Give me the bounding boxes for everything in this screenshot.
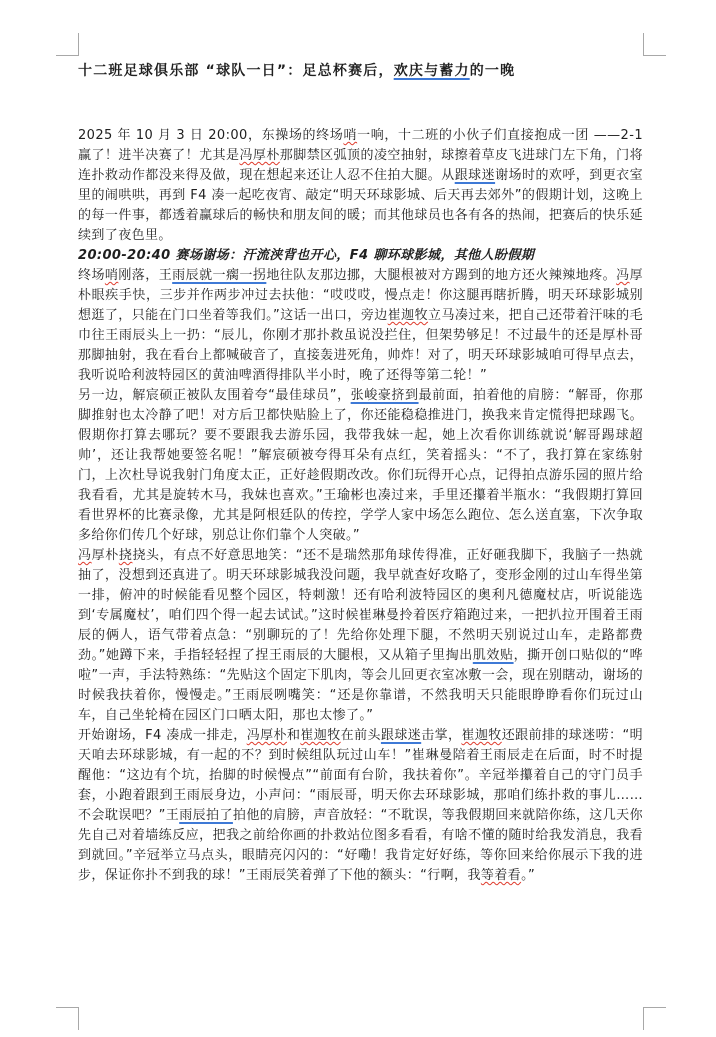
paragraph: 开始谢场，F4 凑成一排走，冯厚朴和崔迦牧在前头跟球迷击掌，崔迦牧还跟前排的球迷… bbox=[78, 726, 643, 886]
section-heading: 20:00-20:40 赛场谢场：汗流浃背也开心，F4 聊环球影城，其他人盼假期 bbox=[78, 246, 643, 266]
text-run: 和 bbox=[287, 728, 300, 743]
text-run: 开始谢场，F4 凑成一排走， bbox=[78, 728, 247, 743]
underlined-link-text[interactable]: 跟球迷 bbox=[455, 168, 495, 183]
spellcheck-flagged-text: 崔迦牧 bbox=[300, 728, 340, 743]
underlined-link-text[interactable]: 张峻豪挤到 bbox=[351, 388, 419, 403]
spellcheck-flagged-text: 哨 bbox=[343, 128, 357, 143]
paragraph: 另一边，解宸硕正被队友围着夸“最佳球员”，张峻豪挤到最前面，拍着他的肩膀：“解哥… bbox=[78, 386, 643, 546]
spellcheck-flagged-text: 等着看 bbox=[481, 868, 521, 883]
text-run: 击掌， bbox=[421, 728, 461, 743]
text-run: 终场 bbox=[78, 268, 105, 283]
text-run: 厚朴 bbox=[92, 548, 119, 563]
underlined-link-text[interactable]: 欢庆与蓄力 bbox=[394, 63, 470, 79]
margin-crop-mark-top-right bbox=[643, 33, 666, 56]
text-run: 刚落，王 bbox=[118, 268, 172, 283]
text-run: 在前头 bbox=[341, 728, 381, 743]
spellcheck-flagged-text: 冯厚朴 bbox=[247, 728, 287, 743]
text-run: 地往队友那边挪，大腿根被对方踢到的地方还火辣辣地疼。 bbox=[266, 268, 616, 283]
paragraph: 2025 年 10 月 3 日 20:00，东操场的终场哨一响，十二班的小伙子们… bbox=[78, 126, 643, 246]
spellcheck-flagged-text: 崔迦牧 bbox=[461, 728, 501, 743]
text-run: 。” bbox=[521, 868, 535, 883]
spellcheck-flagged-text: 冯厚朴 bbox=[239, 148, 279, 163]
underlined-link-text[interactable]: 雨辰就一瘸一拐 bbox=[172, 268, 266, 283]
document-title: 十二班足球俱乐部 “球队一日”：足总杯赛后，欢庆与蓄力的一晚 bbox=[78, 61, 643, 82]
underlined-link-text[interactable]: 肌效贴 bbox=[473, 648, 514, 663]
paragraph: 终场哨刚落，王雨辰就一瘸一拐地往队友那边挪，大腿根被对方踢到的地方还火辣辣地疼。… bbox=[78, 266, 643, 386]
underlined-link-text[interactable]: 跟球迷 bbox=[381, 728, 421, 743]
text-run: 最前面，拍着他的肩膀：“解哥，你那脚推射也太冷静了吧！对方后卫都快贴脸上了，你还… bbox=[78, 388, 643, 543]
underlined-link-text[interactable]: 雨辰拍了 bbox=[179, 808, 233, 823]
text-run: 的一晚 bbox=[470, 63, 516, 79]
text-run: 2025 年 10 月 3 日 20:00，东操场的终场 bbox=[78, 128, 343, 143]
document-page: 十二班足球俱乐部 “球队一日”：足总杯赛后，欢庆与蓄力的一晚 2025 年 10… bbox=[0, 0, 716, 1037]
spellcheck-flagged-text: 哨 bbox=[105, 268, 118, 283]
margin-crop-mark-top-left bbox=[56, 33, 79, 56]
spellcheck-flagged-text: 冯 bbox=[616, 268, 629, 283]
text-run: 20:00-20:40 赛场谢场：汗流浃背也开心，F4 聊环球影城，其他人盼假期 bbox=[78, 248, 534, 263]
margin-crop-mark-bottom-left bbox=[56, 1007, 79, 1030]
paragraph: 冯厚朴挠挠头，有点不好意思地笑：“还不是瑞然那角球传得准，正好砸我脚下，我脑子一… bbox=[78, 546, 643, 726]
spellcheck-flagged-text: 冯 bbox=[78, 548, 92, 563]
text-run: 另一边，解宸硕正被队友围着夸“最佳球员”， bbox=[78, 388, 351, 403]
spellcheck-flagged-text: 崔迦牧 bbox=[388, 308, 428, 323]
margin-crop-mark-bottom-right bbox=[643, 1007, 666, 1030]
document-content: 十二班足球俱乐部 “球队一日”：足总杯赛后，欢庆与蓄力的一晚 2025 年 10… bbox=[78, 55, 643, 886]
text-run: 挠头，有点不好意思地笑：“还不是瑞然那角球传得准，正好砸我脚下，我脑子一热就抽了… bbox=[78, 548, 643, 663]
spellcheck-flagged-text: 挠 bbox=[119, 548, 133, 563]
document-body: 2025 年 10 月 3 日 20:00，东操场的终场哨一响，十二班的小伙子们… bbox=[78, 126, 643, 886]
text-run: 十二班足球俱乐部 “球队一日”：足总杯赛后， bbox=[78, 63, 394, 79]
